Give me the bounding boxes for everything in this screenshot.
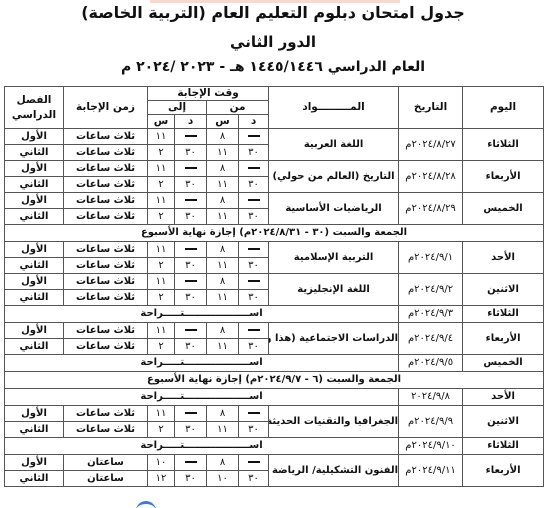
to-min-cell: ٣٠	[175, 339, 207, 355]
date-cell: ٢٠٢٤/٩/٨	[399, 389, 463, 406]
from-hr-cell: ٨	[207, 161, 239, 177]
dash-mark	[248, 280, 260, 282]
dash-mark	[185, 461, 197, 463]
to-hr-cell: ١١	[148, 406, 175, 422]
day-cell: الاثنين	[463, 274, 544, 306]
to-min-cell	[175, 274, 207, 290]
from-hr-cell: ١٠	[207, 471, 239, 487]
dash-mark	[248, 329, 260, 331]
to-hr-cell: ٢	[148, 177, 175, 193]
rest-note: اســـــــــــــــــــتـــــراحة	[5, 438, 399, 455]
subject-cell: التربية الإسلامية	[269, 242, 399, 274]
subject-cell: الدراسات الاجتماعية (هذا وطني)	[269, 323, 399, 355]
dash-mark	[248, 461, 260, 463]
date-cell: ٢٠٢٤/٨/٢٧م	[399, 129, 463, 161]
date-cell: ٢٠٢٤/٩/٥م	[399, 355, 463, 372]
day-cell: الأربعاء	[463, 455, 544, 487]
duration-cell: ثلاث ساعات	[64, 209, 148, 225]
decorative-bottom-mark	[136, 501, 156, 508]
rest-row: الخميس ٢٠٢٤/٩/٥م اســـــــــــــــــــتـ…	[5, 355, 544, 372]
date-cell: ٢٠٢٤/٩/١١م	[399, 455, 463, 487]
semester-cell: الأول	[5, 193, 64, 209]
from-hr-cell: ٨	[207, 193, 239, 209]
date-cell: ٢٠٢٤/٩/٤م	[399, 323, 463, 355]
semester-cell: الأول	[5, 323, 64, 339]
rest-row: الثلاثاء ٢٠٢٤/٩/٣م اســـــــــــــــــــ…	[5, 306, 544, 323]
duration-cell: ثلاث ساعات	[64, 258, 148, 274]
to-hr-cell: ٢	[148, 339, 175, 355]
rest-note: اســـــــــــــــــــتـــــراحة	[5, 389, 399, 406]
rest-note: اســـــــــــــــــــتـــــراحة	[5, 355, 399, 372]
duration-cell: ثلاث ساعات	[64, 145, 148, 161]
to-min-cell: ٣٠	[175, 209, 207, 225]
weekend-note: الجمعة والسبت (٣٠ - ٢٠٢٤/٨/٣١م) إجازة نه…	[5, 225, 544, 242]
subject-cell: الجغرافيا والتقنيات الحديثة	[269, 406, 399, 438]
from-min-cell: ٣٠	[239, 209, 269, 225]
day-cell: الأحد	[463, 242, 544, 274]
semester-cell: الثاني	[5, 290, 64, 306]
from-hr-cell: ٨	[207, 242, 239, 258]
from-min-cell: ٣٠	[239, 258, 269, 274]
semester-cell: الثاني	[5, 339, 64, 355]
subject-cell: اللغة الإنجليزية	[269, 274, 399, 306]
to-hr-cell: ٢	[148, 422, 175, 438]
to-min-cell: ٣٠	[175, 258, 207, 274]
to-hr-cell: ٢	[148, 290, 175, 306]
duration-cell: ساعتان	[64, 455, 148, 471]
day-cell: الثلاثاء	[463, 438, 544, 455]
dash-mark	[185, 412, 197, 414]
to-hr-cell: ١٢	[148, 471, 175, 487]
from-min-cell	[239, 242, 269, 258]
rest-note: اســـــــــــــــــــتـــــراحة	[5, 306, 399, 323]
duration-cell: ثلاث ساعات	[64, 177, 148, 193]
date-cell: ٢٠٢٤/٨/٢٨م	[399, 161, 463, 193]
to-hr-cell: ١٠	[148, 455, 175, 471]
dash-mark	[248, 412, 260, 414]
header-answer-time: وقت الإجابة	[148, 87, 269, 101]
date-cell: ٢٠٢٤/٩/٩م	[399, 406, 463, 438]
table-row: الاثنين٢٠٢٤/٩/٢ماللغة الإنجليزية٨١١ثلاث …	[5, 274, 544, 290]
dash-mark	[185, 329, 197, 331]
from-hr-cell: ١١	[207, 177, 239, 193]
subject-cell: التاريخ (العالم من حولي)	[269, 161, 399, 193]
semester-cell: الثاني	[5, 145, 64, 161]
duration-cell: ثلاث ساعات	[64, 290, 148, 306]
duration-cell: ثلاث ساعات	[64, 323, 148, 339]
semester-cell: الأول	[5, 274, 64, 290]
to-min-cell: ٣٠	[175, 471, 207, 487]
date-cell: ٢٠٢٤/٨/٢٩م	[399, 193, 463, 225]
header-from: من	[207, 101, 269, 115]
from-min-cell: ٣٠	[239, 145, 269, 161]
from-hr-cell: ١١	[207, 422, 239, 438]
from-min-cell	[239, 193, 269, 209]
from-min-cell: ٣٠	[239, 339, 269, 355]
header-to: إلى	[148, 101, 207, 115]
day-cell: الخميس	[463, 355, 544, 372]
subject-cell: اللغة العربية	[269, 129, 399, 161]
table-row: الأربعاء٢٠٢٤/٩/١١مالفنون التشكيلية/ الري…	[5, 455, 544, 471]
header-duration: زمن الإجابة	[64, 87, 148, 129]
to-hr-cell: ٢	[148, 145, 175, 161]
dash-mark	[185, 199, 197, 201]
duration-cell: ثلاث ساعات	[64, 422, 148, 438]
header-semester: الفصل الدراسي	[5, 87, 64, 129]
to-min-cell: ٣٠	[175, 145, 207, 161]
dash-mark	[248, 248, 260, 250]
from-hr-cell: ١١	[207, 339, 239, 355]
from-hr-cell: ٨	[207, 274, 239, 290]
dash-mark	[248, 199, 260, 201]
exam-schedule-table: اليوم التاريخ المـــــــــواد وقت الإجاب…	[4, 86, 544, 487]
weekend-note: الجمعة والسبت (٦ - ٢٠٢٤/٩/٧م) إجازة نهاي…	[5, 372, 544, 389]
duration-cell: ساعتان	[64, 471, 148, 487]
semester-cell: الأول	[5, 406, 64, 422]
from-hr-cell: ١١	[207, 290, 239, 306]
duration-cell: ثلاث ساعات	[64, 193, 148, 209]
date-cell: ٢٠٢٤/٩/١٠م	[399, 438, 463, 455]
header-to-minute: د	[175, 115, 207, 129]
table-row: الثلاثاء٢٠٢٤/٨/٢٧ماللغة العربية٨١١ثلاث س…	[5, 129, 544, 145]
to-hr-cell: ٢	[148, 258, 175, 274]
academic-year: العام الدراسي ١٤٤٥/١٤٤٦ هـ - ٢٠٢٣ /٢٠٢٤ …	[0, 59, 546, 75]
from-min-cell	[239, 406, 269, 422]
day-cell: الأربعاء	[463, 323, 544, 355]
duration-cell: ثلاث ساعات	[64, 242, 148, 258]
day-cell: الأحد	[463, 389, 544, 406]
table-row: الأربعاء٢٠٢٤/٨/٢٨مالتاريخ (العالم من حول…	[5, 161, 544, 177]
day-cell: الثلاثاء	[463, 306, 544, 323]
semester-cell: الأول	[5, 455, 64, 471]
semester-cell: الثاني	[5, 177, 64, 193]
weekend-row: الجمعة والسبت (٦ - ٢٠٢٤/٩/٧م) إجازة نهاي…	[5, 372, 544, 389]
subject-cell: الرياضيات الأساسية	[269, 193, 399, 225]
header-day: اليوم	[463, 87, 544, 129]
rest-row: الأحد ٢٠٢٤/٩/٨ اســـــــــــــــــــتـــ…	[5, 389, 544, 406]
to-min-cell	[175, 406, 207, 422]
dash-mark	[185, 135, 197, 137]
to-min-cell: ٣٠	[175, 177, 207, 193]
semester-cell: الأول	[5, 242, 64, 258]
from-hr-cell: ١١	[207, 145, 239, 161]
dash-mark	[248, 135, 260, 137]
day-cell: الأربعاء	[463, 161, 544, 193]
to-hr-cell: ١١	[148, 129, 175, 145]
dash-mark	[248, 167, 260, 169]
from-hr-cell: ١١	[207, 209, 239, 225]
duration-cell: ثلاث ساعات	[64, 161, 148, 177]
to-hr-cell: ١١	[148, 242, 175, 258]
schedule-body: الثلاثاء٢٠٢٤/٨/٢٧ماللغة العربية٨١١ثلاث س…	[5, 129, 544, 487]
dash-mark	[185, 280, 197, 282]
from-min-cell	[239, 323, 269, 339]
to-hr-cell: ٢	[148, 209, 175, 225]
header-from-minute: د	[239, 115, 269, 129]
subject-cell: الفنون التشكيلية/ الرياضة المدرسية	[269, 455, 399, 487]
semester-cell: الثاني	[5, 471, 64, 487]
semester-cell: الأول	[5, 129, 64, 145]
to-min-cell	[175, 455, 207, 471]
duration-cell: ثلاث ساعات	[64, 129, 148, 145]
table-row: الأحد٢٠٢٤/٩/١مالتربية الإسلامية٨١١ثلاث س…	[5, 242, 544, 258]
to-min-cell: ٣٠	[175, 422, 207, 438]
duration-cell: ثلاث ساعات	[64, 406, 148, 422]
from-min-cell	[239, 129, 269, 145]
from-min-cell: ٣٠	[239, 471, 269, 487]
to-hr-cell: ١١	[148, 193, 175, 209]
semester-cell: الثاني	[5, 422, 64, 438]
from-hr-cell: ٨	[207, 323, 239, 339]
table-row: الخميس٢٠٢٤/٨/٢٩مالرياضيات الأساسية٨١١ثلا…	[5, 193, 544, 209]
rest-row: الثلاثاء ٢٠٢٤/٩/١٠م اســــــــــــــــــ…	[5, 438, 544, 455]
header-from-hour: س	[207, 115, 239, 129]
from-hr-cell: ١١	[207, 258, 239, 274]
from-min-cell: ٣٠	[239, 422, 269, 438]
day-cell: الخميس	[463, 193, 544, 225]
to-min-cell: ٣٠	[175, 290, 207, 306]
header-subject: المـــــــــواد	[269, 87, 399, 129]
header-date: التاريخ	[399, 87, 463, 129]
to-hr-cell: ١١	[148, 323, 175, 339]
from-min-cell: ٣٠	[239, 177, 269, 193]
from-hr-cell: ٨	[207, 406, 239, 422]
day-cell: الثلاثاء	[463, 129, 544, 161]
to-min-cell	[175, 242, 207, 258]
from-hr-cell: ٨	[207, 129, 239, 145]
from-min-cell	[239, 161, 269, 177]
to-hr-cell: ١١	[148, 274, 175, 290]
from-min-cell: ٣٠	[239, 290, 269, 306]
date-cell: ٢٠٢٤/٩/٢م	[399, 274, 463, 306]
from-min-cell	[239, 274, 269, 290]
day-cell: الاثنين	[463, 406, 544, 438]
to-min-cell	[175, 161, 207, 177]
to-min-cell	[175, 193, 207, 209]
date-cell: ٢٠٢٤/٩/٣م	[399, 306, 463, 323]
duration-cell: ثلاث ساعات	[64, 274, 148, 290]
to-min-cell	[175, 129, 207, 145]
from-min-cell	[239, 455, 269, 471]
semester-cell: الثاني	[5, 258, 64, 274]
exam-round: الدور الثاني	[0, 33, 546, 51]
to-min-cell	[175, 323, 207, 339]
to-hr-cell: ١١	[148, 161, 175, 177]
semester-cell: الثاني	[5, 209, 64, 225]
table-row: الأربعاء٢٠٢٤/٩/٤مالدراسات الاجتماعية (هذ…	[5, 323, 544, 339]
dash-mark	[185, 167, 197, 169]
table-row: الاثنين٢٠٢٤/٩/٩مالجغرافيا والتقنيات الحد…	[5, 406, 544, 422]
header-to-hour: س	[148, 115, 175, 129]
date-cell: ٢٠٢٤/٩/١م	[399, 242, 463, 274]
dash-mark	[185, 248, 197, 250]
page-title: جدول امتحان دبلوم التعليم العام (التربية…	[0, 3, 546, 22]
from-hr-cell: ٨	[207, 455, 239, 471]
weekend-row: الجمعة والسبت (٣٠ - ٢٠٢٤/٨/٣١م) إجازة نه…	[5, 225, 544, 242]
semester-cell: الأول	[5, 161, 64, 177]
duration-cell: ثلاث ساعات	[64, 339, 148, 355]
